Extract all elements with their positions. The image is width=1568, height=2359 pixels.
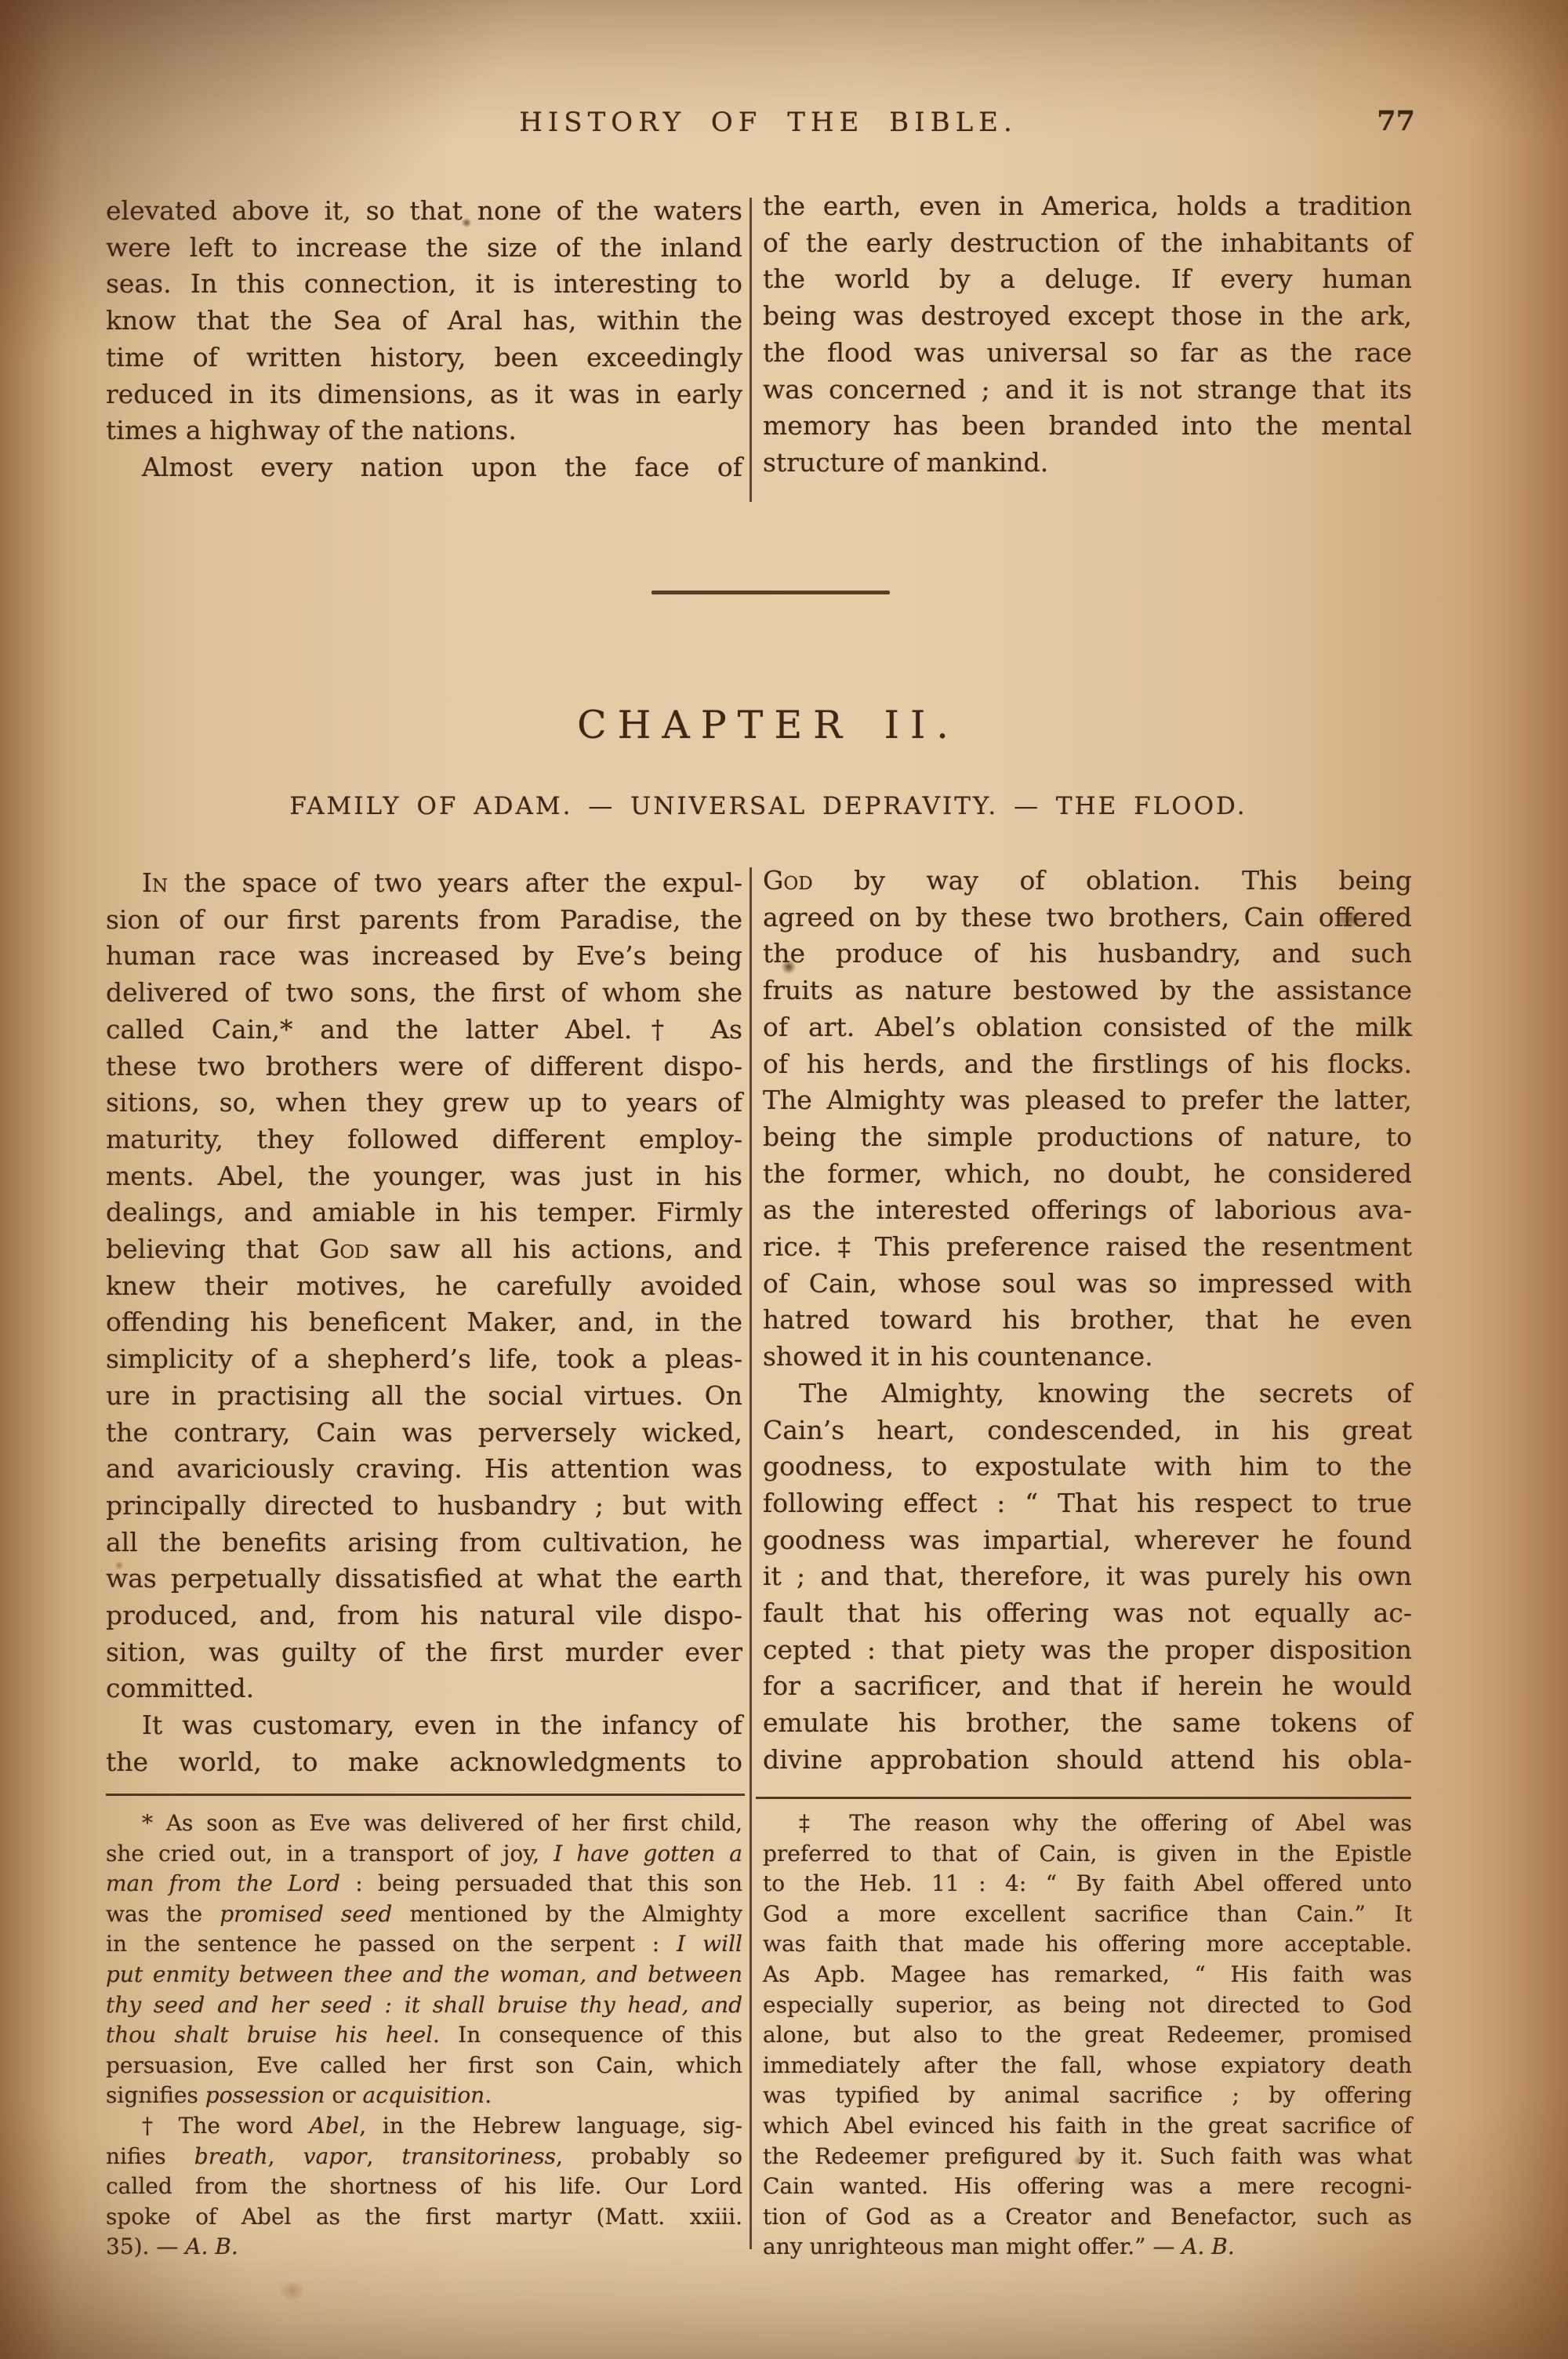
text-line: which Abel evinced his faith in the grea…	[763, 2111, 1412, 2142]
text-line: agreed on by these two brothers, Cain of…	[763, 900, 1412, 936]
text-line: the world, to make acknowledgments to	[106, 1744, 742, 1781]
intro-right-column: the earth, even in America, holds a trad…	[763, 188, 1412, 482]
text-line: the earth, even in America, holds a trad…	[763, 188, 1412, 225]
text-line: being the simple productions of nature, …	[763, 1119, 1412, 1156]
text-line: was concerned ; and it is not strange th…	[763, 372, 1412, 409]
text-line: was the promised seed mentioned by the A…	[106, 1899, 742, 1930]
text-line: hatred toward his brother, that he even	[763, 1302, 1412, 1339]
text-line: the flood was universal so far as the ra…	[763, 335, 1412, 372]
text-line: of art. Abel’s oblation consisted of the…	[763, 1009, 1412, 1046]
text-line: was typified by animal sacrifice ; by of…	[763, 2081, 1412, 2111]
text-line: called from the shortness of his life. O…	[106, 2172, 742, 2202]
body-left-column: In the space of two years after the expu…	[106, 865, 742, 1781]
footnote-rule-left	[106, 1794, 745, 1796]
text-line: * As soon as Eve was delivered of her fi…	[106, 1808, 742, 1839]
text-line: cepted : that piety was the proper dispo…	[763, 1632, 1412, 1669]
text-line: produced, and, from his natural vile dis…	[106, 1598, 742, 1634]
text-line: preferred to that of Cain, is given in t…	[763, 1839, 1412, 1870]
text-line: Almost every nation upon the face of	[106, 449, 742, 486]
text-line: time of written history, been exceedingl…	[106, 340, 742, 376]
text-line: divine approbation should attend his obl…	[763, 1742, 1412, 1779]
text-line: God a more excellent sacrifice than Cain…	[763, 1899, 1412, 1930]
text-line: fruits as nature bestowed by the assista…	[763, 972, 1412, 1009]
text-line: goodness, to expostulate with him to the	[763, 1448, 1412, 1485]
section-rule	[652, 591, 890, 594]
text-line: emulate his brother, the same tokens of	[763, 1705, 1412, 1742]
text-line: following effect : “ That his respect to…	[763, 1485, 1412, 1522]
text-line: the former, which, no doubt, he consider…	[763, 1156, 1412, 1193]
text-line: believing that God saw all his actions, …	[106, 1231, 742, 1268]
text-line: sition, was guilty of the first murder e…	[106, 1634, 742, 1671]
text-line: human race was increased by Eve’s being	[106, 938, 742, 975]
footnotes-right-column: ‡ The reason why the offering of Abel wa…	[763, 1808, 1412, 2263]
text-line: structure of mankind.	[763, 445, 1412, 482]
text-line: man from the Lord : being persuaded that…	[106, 1869, 742, 1899]
text-line: In the space of two years after the expu…	[106, 865, 742, 902]
text-line: all the benefits arising from cultivatio…	[106, 1525, 742, 1561]
text-line: delivered of two sons, the first of whom…	[106, 975, 742, 1012]
text-line: committed.	[106, 1670, 742, 1707]
text-line: times a highway of the nations.	[106, 413, 742, 449]
intro-left-column: elevated above it, so that none of the w…	[106, 193, 742, 486]
text-line: principally directed to husbandry ; but …	[106, 1488, 742, 1525]
text-line: of Cain, whose soul was so impressed wit…	[763, 1266, 1412, 1303]
text-line: God by way of oblation. This being	[763, 863, 1412, 900]
text-line: thou shalt bruise his heel. In consequen…	[106, 2020, 742, 2051]
text-line: ‡ The reason why the offering of Abel wa…	[763, 1808, 1412, 1839]
text-line: showed it in his countenance.	[763, 1339, 1412, 1376]
text-line: signifies possession or acquisition.	[106, 2081, 742, 2111]
text-line: simplicity of a shepherd’s life, took a …	[106, 1341, 742, 1378]
text-line: memory has been branded into the mental	[763, 408, 1412, 445]
text-line: As Apb. Magee has remarked, “ His faith …	[763, 1960, 1412, 1990]
text-line: put enmity between thee and the woman, a…	[106, 1960, 742, 1990]
text-line: elevated above it, so that none of the w…	[106, 193, 742, 230]
text-line: thy seed and her seed : it shall bruise …	[106, 1990, 742, 2021]
text-line: know that the Sea of Aral has, within th…	[106, 303, 742, 340]
footnote-rule-right	[756, 1797, 1411, 1799]
column-divider-main	[750, 867, 752, 2249]
text-line: was perpetually dissatisfied at what the…	[106, 1561, 742, 1598]
chapter-subheading: FAMILY OF ADAM. — UNIVERSAL DEPRAVITY. —…	[106, 792, 1431, 820]
text-line: The Almighty, knowing the secrets of	[763, 1376, 1412, 1412]
text-line: 35). — A. B.	[106, 2232, 742, 2263]
text-line: were left to increase the size of the in…	[106, 230, 742, 267]
text-line: ments. Abel, the younger, was just in hi…	[106, 1158, 742, 1195]
text-line: fault that his offering was not equally …	[763, 1595, 1412, 1632]
footnotes-left-column: * As soon as Eve was delivered of her fi…	[106, 1808, 742, 2263]
text-line: ure in practising all the social virtues…	[106, 1378, 742, 1415]
text-line: goodness was impartial, wherever he foun…	[763, 1522, 1412, 1559]
text-line: It was customary, even in the infancy of	[106, 1707, 742, 1744]
text-line: the produce of his husbandry, and such	[763, 936, 1412, 972]
body-right-column: God by way of oblation. This beingagreed…	[763, 863, 1412, 1779]
text-line: she cried out, in a transport of joy, I …	[106, 1839, 742, 1870]
text-line: alone, but also to the great Redeemer, p…	[763, 2020, 1412, 2051]
text-line: † The word Abel, in the Hebrew language,…	[106, 2111, 742, 2142]
chapter-heading: CHAPTER II.	[106, 703, 1431, 747]
text-line: spoke of Abel as the first martyr (Matt.…	[106, 2202, 742, 2233]
text-line: these two brothers were of different dis…	[106, 1049, 742, 1085]
text-line: and avariciously craving. His attention …	[106, 1451, 742, 1488]
text-line: persuasion, Eve called her first son Cai…	[106, 2051, 742, 2081]
text-line: in the sentence he passed on the serpent…	[106, 1929, 742, 1960]
text-line: sitions, so, when they grew up to years …	[106, 1085, 742, 1121]
text-line: being was destroyed except those in the …	[763, 298, 1412, 335]
text-line: was faith that made his offering more ac…	[763, 1929, 1412, 1960]
text-line: seas. In this connection, it is interest…	[106, 266, 742, 303]
text-line: called Cain,* and the latter Abel.† As	[106, 1012, 742, 1049]
text-line: the Redeemer prefigured by it. Such fait…	[763, 2142, 1412, 2172]
text-line: The Almighty was pleased to prefer the l…	[763, 1082, 1412, 1119]
text-line: rice. ‡ This preference raised the resen…	[763, 1229, 1412, 1266]
text-line: to the Heb. 11 : 4: “ By faith Abel offe…	[763, 1869, 1412, 1899]
text-line: for a sacrificer, and that if herein he …	[763, 1668, 1412, 1705]
text-line: the contrary, Cain was perversely wicked…	[106, 1415, 742, 1452]
running-head: HISTORY OF THE BIBLE.	[106, 107, 1431, 138]
book-page: HISTORY OF THE BIBLE. 77 elevated above …	[0, 0, 1568, 2359]
text-line: the world by a deluge. If every human	[763, 261, 1412, 298]
text-line: sion of our first parents from Paradise,…	[106, 902, 742, 939]
text-line: nifies breath, vapor, transitoriness, pr…	[106, 2142, 742, 2172]
text-line: immediately after the fall, whose expiat…	[763, 2051, 1412, 2081]
text-line: Cain’s heart, condescended, in his great	[763, 1412, 1412, 1449]
text-line: as the interested offerings of laborious…	[763, 1192, 1412, 1229]
text-line: of his herds, and the firstlings of his …	[763, 1046, 1412, 1083]
text-line: tion of God as a Creator and Benefactor,…	[763, 2202, 1412, 2233]
text-line: offending his beneficent Maker, and, in …	[106, 1304, 742, 1341]
text-line: Cain wanted. His offering was a mere rec…	[763, 2172, 1412, 2202]
text-line: dealings, and amiable in his temper. Fir…	[106, 1194, 742, 1231]
paper-stain	[279, 2281, 306, 2301]
text-line: maturity, they followed different employ…	[106, 1121, 742, 1158]
text-line: of the early destruction of the inhabita…	[763, 225, 1412, 262]
text-line: knew their motives, he carefully avoided	[106, 1268, 742, 1305]
text-line: reduced in its dimensions, as it was in …	[106, 376, 742, 413]
column-divider-top	[750, 198, 752, 502]
text-line: it ; and that, therefore, it was purely …	[763, 1558, 1412, 1595]
text-line: especially superior, as being not direct…	[763, 1990, 1412, 2021]
text-line: any unrighteous man might offer.” — A. B…	[763, 2232, 1412, 2263]
page-number: 77	[1270, 105, 1415, 137]
